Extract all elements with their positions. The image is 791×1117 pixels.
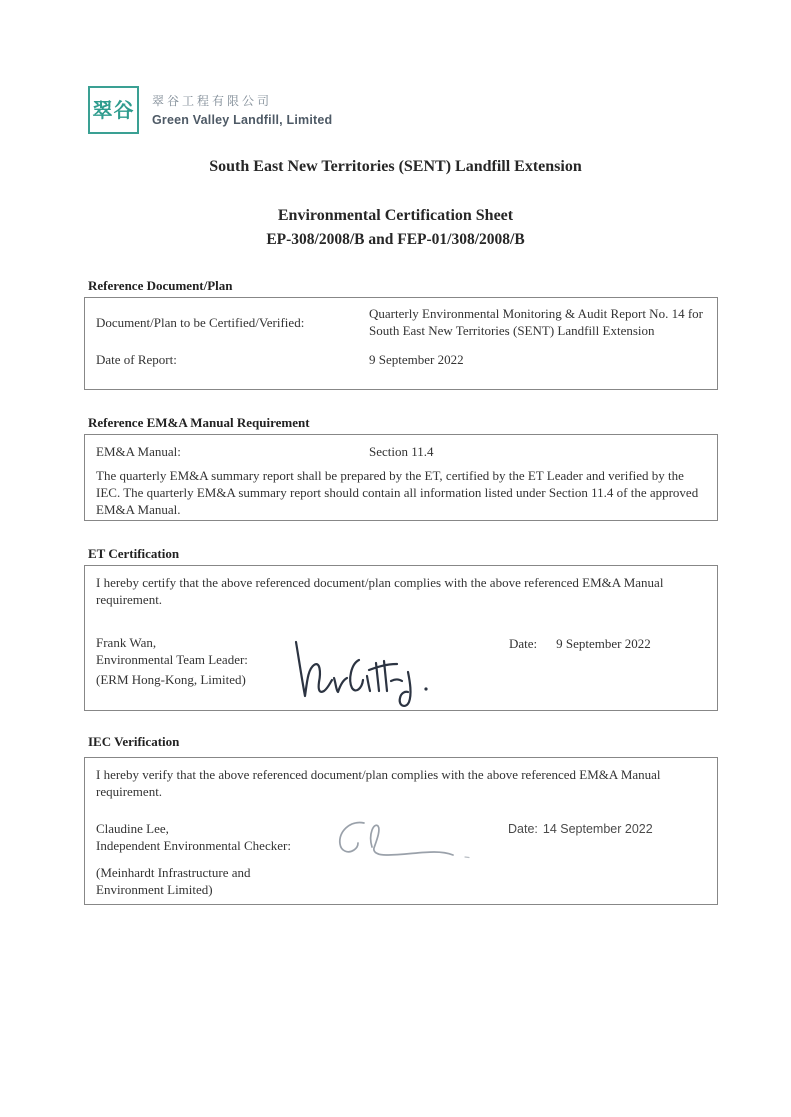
iec-signatory-name: Claudine Lee, [96, 820, 291, 837]
et-signatory-title: Environmental Team Leader: [96, 651, 248, 668]
company-name-block: 翠谷工程有限公司 Green Valley Landfill, Limited [152, 92, 332, 127]
certification-sheet-page: 翠谷 翠谷工程有限公司 Green Valley Landfill, Limit… [0, 0, 791, 1117]
iec-signatory-block: Claudine Lee, Independent Environmental … [96, 820, 291, 898]
document-title: Environmental Certification Sheet [0, 207, 791, 225]
iec-signatory-company-line2: Environment Limited) [96, 881, 291, 898]
et-signatory-name: Frank Wan, [96, 634, 248, 651]
project-title: South East New Territories (SENT) Landfi… [0, 158, 791, 176]
date-of-report-value: 9 September 2022 [369, 351, 705, 368]
et-leader-signature [289, 636, 449, 710]
reference-document-table: Document/Plan to be Certified/Verified: … [84, 297, 718, 390]
document-plan-label: Document/Plan to be Certified/Verified: [96, 314, 369, 331]
et-certification-box: I hereby certify that the above referenc… [84, 565, 718, 711]
manual-requirement-table: EM&A Manual: Section 11.4 The quarterly … [84, 434, 718, 521]
et-date-label: Date: [509, 636, 537, 652]
iec-signatory-company-line1: (Meinhardt Infrastructure and [96, 864, 291, 881]
et-signatory-block: Frank Wan, Environmental Team Leader: (E… [96, 634, 248, 688]
et-date-value: 9 September 2022 [556, 636, 651, 652]
iec-date-value: 14 September 2022 [543, 822, 653, 836]
section-heading-reference-document: Reference Document/Plan [88, 278, 233, 294]
section-heading-iec-verification: IEC Verification [88, 734, 179, 750]
iec-date-label: Date: [508, 822, 538, 836]
section-heading-manual-requirement: Reference EM&A Manual Requirement [88, 415, 310, 431]
table-row: Date of Report: 9 September 2022 [96, 351, 705, 368]
table-row: EM&A Manual: Section 11.4 [96, 443, 707, 460]
document-plan-value: Quarterly Environmental Monitoring & Aud… [369, 305, 705, 339]
company-name-english: Green Valley Landfill, Limited [152, 113, 332, 127]
section-heading-et-certification: ET Certification [88, 546, 179, 562]
et-date-row: Date: 9 September 2022 [509, 636, 651, 652]
manual-requirement-description: The quarterly EM&A summary report shall … [96, 467, 707, 518]
iec-verification-box: I hereby verify that the above reference… [84, 757, 718, 905]
iec-checker-signature [323, 816, 475, 866]
iec-date-row: Date: 14 September 2022 [508, 822, 653, 836]
date-of-report-label: Date of Report: [96, 351, 369, 368]
iec-verification-statement: I hereby verify that the above reference… [96, 766, 705, 800]
iec-signatory-title: Independent Environmental Checker: [96, 837, 291, 854]
company-name-chinese: 翠谷工程有限公司 [152, 92, 332, 109]
company-logo-icon: 翠谷 [88, 86, 139, 134]
table-row: Document/Plan to be Certified/Verified: … [96, 305, 705, 339]
permit-numbers: EP-308/2008/B and FEP-01/308/2008/B [0, 231, 791, 249]
et-certification-statement: I hereby certify that the above referenc… [96, 574, 674, 608]
ema-manual-label: EM&A Manual: [96, 443, 369, 460]
ema-manual-value: Section 11.4 [369, 443, 707, 460]
et-signatory-company: (ERM Hong-Kong, Limited) [96, 671, 248, 688]
